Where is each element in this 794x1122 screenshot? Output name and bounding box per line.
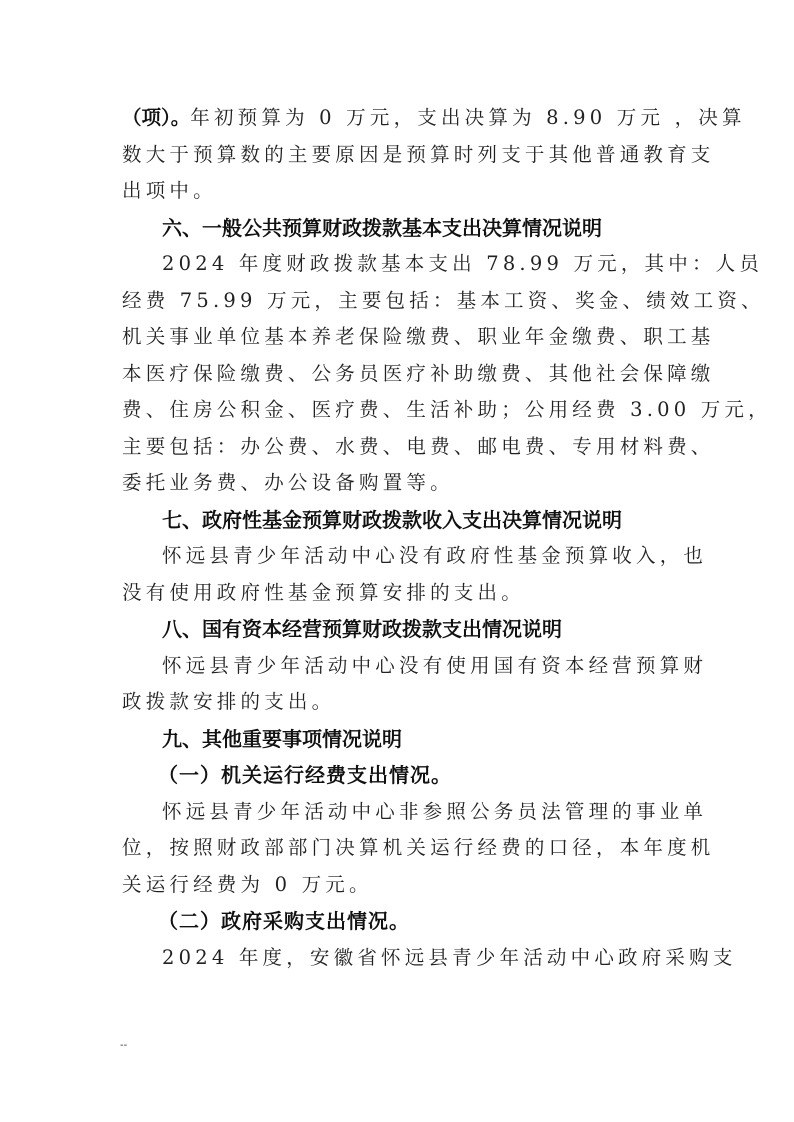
paragraph-government-fund: 怀远县青少年活动中心没有政府性基金预算收入，也 没有使用政府性基金预算安排的支出… <box>122 538 670 611</box>
text-line: 本医疗保险缴费、公务员医疗补助缴费、其他社会保障缴 <box>122 356 670 393</box>
paragraph-basic-expenditure: 2024 年度财政拨款基本支出 78.99 万元，其中：人员 经费 75.99 … <box>122 246 670 502</box>
text-line: （项）。年初预算为 0 万元，支出决算为 8.90 万元 ，决算 <box>122 100 670 137</box>
document-page: （项）。年初预算为 0 万元，支出决算为 8.90 万元 ，决算 数大于预算数的… <box>122 100 670 976</box>
text-line: 关运行经费为 0 万元。 <box>122 867 670 904</box>
text-line: 政拨款安排的支出。 <box>122 684 670 721</box>
paragraph-state-capital: 怀远县青少年活动中心没有使用国有资本经营预算财 政拨款安排的支出。 <box>122 648 670 721</box>
text-line: 怀远县青少年活动中心没有使用国有资本经营预算财 <box>122 648 670 685</box>
text-line: 主要包括：办公费、水费、电费、邮电费、专用材料费、 <box>122 429 670 466</box>
text-line: 经费 75.99 万元，主要包括：基本工资、奖金、绩效工资、 <box>122 283 670 320</box>
text-line: 出项中。 <box>122 173 670 210</box>
text-line: 没有使用政府性基金预算安排的支出。 <box>122 575 670 612</box>
text-line: 2024 年度财政拨款基本支出 78.99 万元，其中：人员 <box>122 246 670 283</box>
subheading-operating-expenses: （一）机关运行经费支出情况。 <box>122 757 670 794</box>
text-line: 数大于预算数的主要原因是预算时列支于其他普通教育支 <box>122 137 670 174</box>
paragraph-continuation: （项）。年初预算为 0 万元，支出决算为 8.90 万元 ，决算 数大于预算数的… <box>122 100 670 210</box>
text-line: 2024 年度，安徽省怀远县青少年活动中心政府采购支 <box>122 940 670 977</box>
subheading-procurement: （二）政府采购支出情况。 <box>122 903 670 940</box>
text-line: 怀远县青少年活动中心没有政府性基金预算收入，也 <box>122 538 670 575</box>
text-line: 费、住房公积金、医疗费、生活补助；公用经费 3.00 万元， <box>122 392 670 429</box>
section-heading-6: 六、一般公共预算财政拨款基本支出决算情况说明 <box>122 210 670 247</box>
section-heading-7: 七、政府性基金预算财政拨款收入支出决算情况说明 <box>122 502 670 539</box>
footer-mark: -- <box>120 1040 127 1051</box>
text-line: 委托业务费、办公设备购置等。 <box>122 465 670 502</box>
paragraph-operating-expenses: 怀远县青少年活动中心非参照公务员法管理的事业单 位，按照财政部部门决算机关运行经… <box>122 794 670 904</box>
section-heading-9: 九、其他重要事项情况说明 <box>122 721 670 758</box>
text-line: 位，按照财政部部门决算机关运行经费的口径，本年度机 <box>122 830 670 867</box>
section-heading-8: 八、国有资本经营预算财政拨款支出情况说明 <box>122 611 670 648</box>
text-line: 怀远县青少年活动中心非参照公务员法管理的事业单 <box>122 794 670 831</box>
paragraph-procurement: 2024 年度，安徽省怀远县青少年活动中心政府采购支 <box>122 940 670 977</box>
text-line: 机关事业单位基本养老保险缴费、职业年金缴费、职工基 <box>122 319 670 356</box>
bold-lead: （项）。 <box>122 106 190 129</box>
